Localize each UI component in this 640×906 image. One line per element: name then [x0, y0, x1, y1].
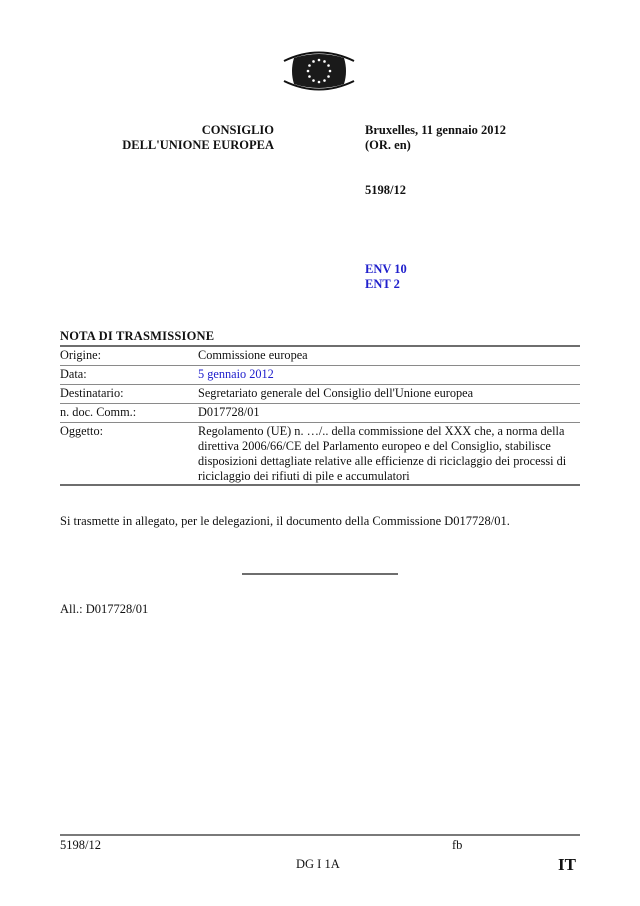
code-env: ENV 10 — [365, 262, 407, 277]
row-label: Origine: — [60, 346, 198, 366]
table-row: Data: 5 gennaio 2012 — [60, 366, 580, 385]
transmission-table: Origine: Commissione europea Data: 5 gen… — [60, 345, 580, 486]
row-value-date: 5 gennaio 2012 — [198, 366, 580, 385]
transmission-text: Si trasmette in allegato, per le delegaz… — [60, 514, 510, 529]
place-date: Bruxelles, 11 gennaio 2012 — [365, 123, 506, 138]
table-row: Destinatario: Segretariato generale del … — [60, 385, 580, 404]
footer-directorate: DG I 1A — [296, 857, 340, 872]
row-label: n. doc. Comm.: — [60, 404, 198, 423]
table-row: Oggetto: Regolamento (UE) n. …/.. della … — [60, 423, 580, 486]
footer-initials: fb — [452, 838, 462, 853]
footer-doc-ref: 5198/12 — [60, 838, 101, 853]
institution-name-line2: DELL'UNIONE EUROPEA — [60, 138, 274, 153]
document-number: 5198/12 — [365, 183, 406, 198]
eu-council-logo-icon — [282, 48, 356, 94]
row-value: Commissione europea — [198, 346, 580, 366]
original-language: (OR. en) — [365, 138, 411, 153]
row-value-subject: Regolamento (UE) n. …/.. della commissio… — [198, 423, 580, 486]
row-value: Segretariato generale del Consiglio dell… — [198, 385, 580, 404]
table-row: n. doc. Comm.: D017728/01 — [60, 404, 580, 423]
attachment-reference: All.: D017728/01 — [60, 602, 148, 617]
institution-name-line1: CONSIGLIO — [60, 123, 274, 138]
row-value: D017728/01 — [198, 404, 580, 423]
row-label: Data: — [60, 366, 198, 385]
separator-line — [242, 573, 398, 575]
code-ent: ENT 2 — [365, 277, 400, 292]
footer-language-code: IT — [558, 855, 576, 875]
nota-title: NOTA DI TRASMISSIONE — [60, 329, 214, 344]
footer-rule — [60, 834, 580, 836]
row-label: Oggetto: — [60, 423, 198, 486]
row-label: Destinatario: — [60, 385, 198, 404]
table-row: Origine: Commissione europea — [60, 346, 580, 366]
